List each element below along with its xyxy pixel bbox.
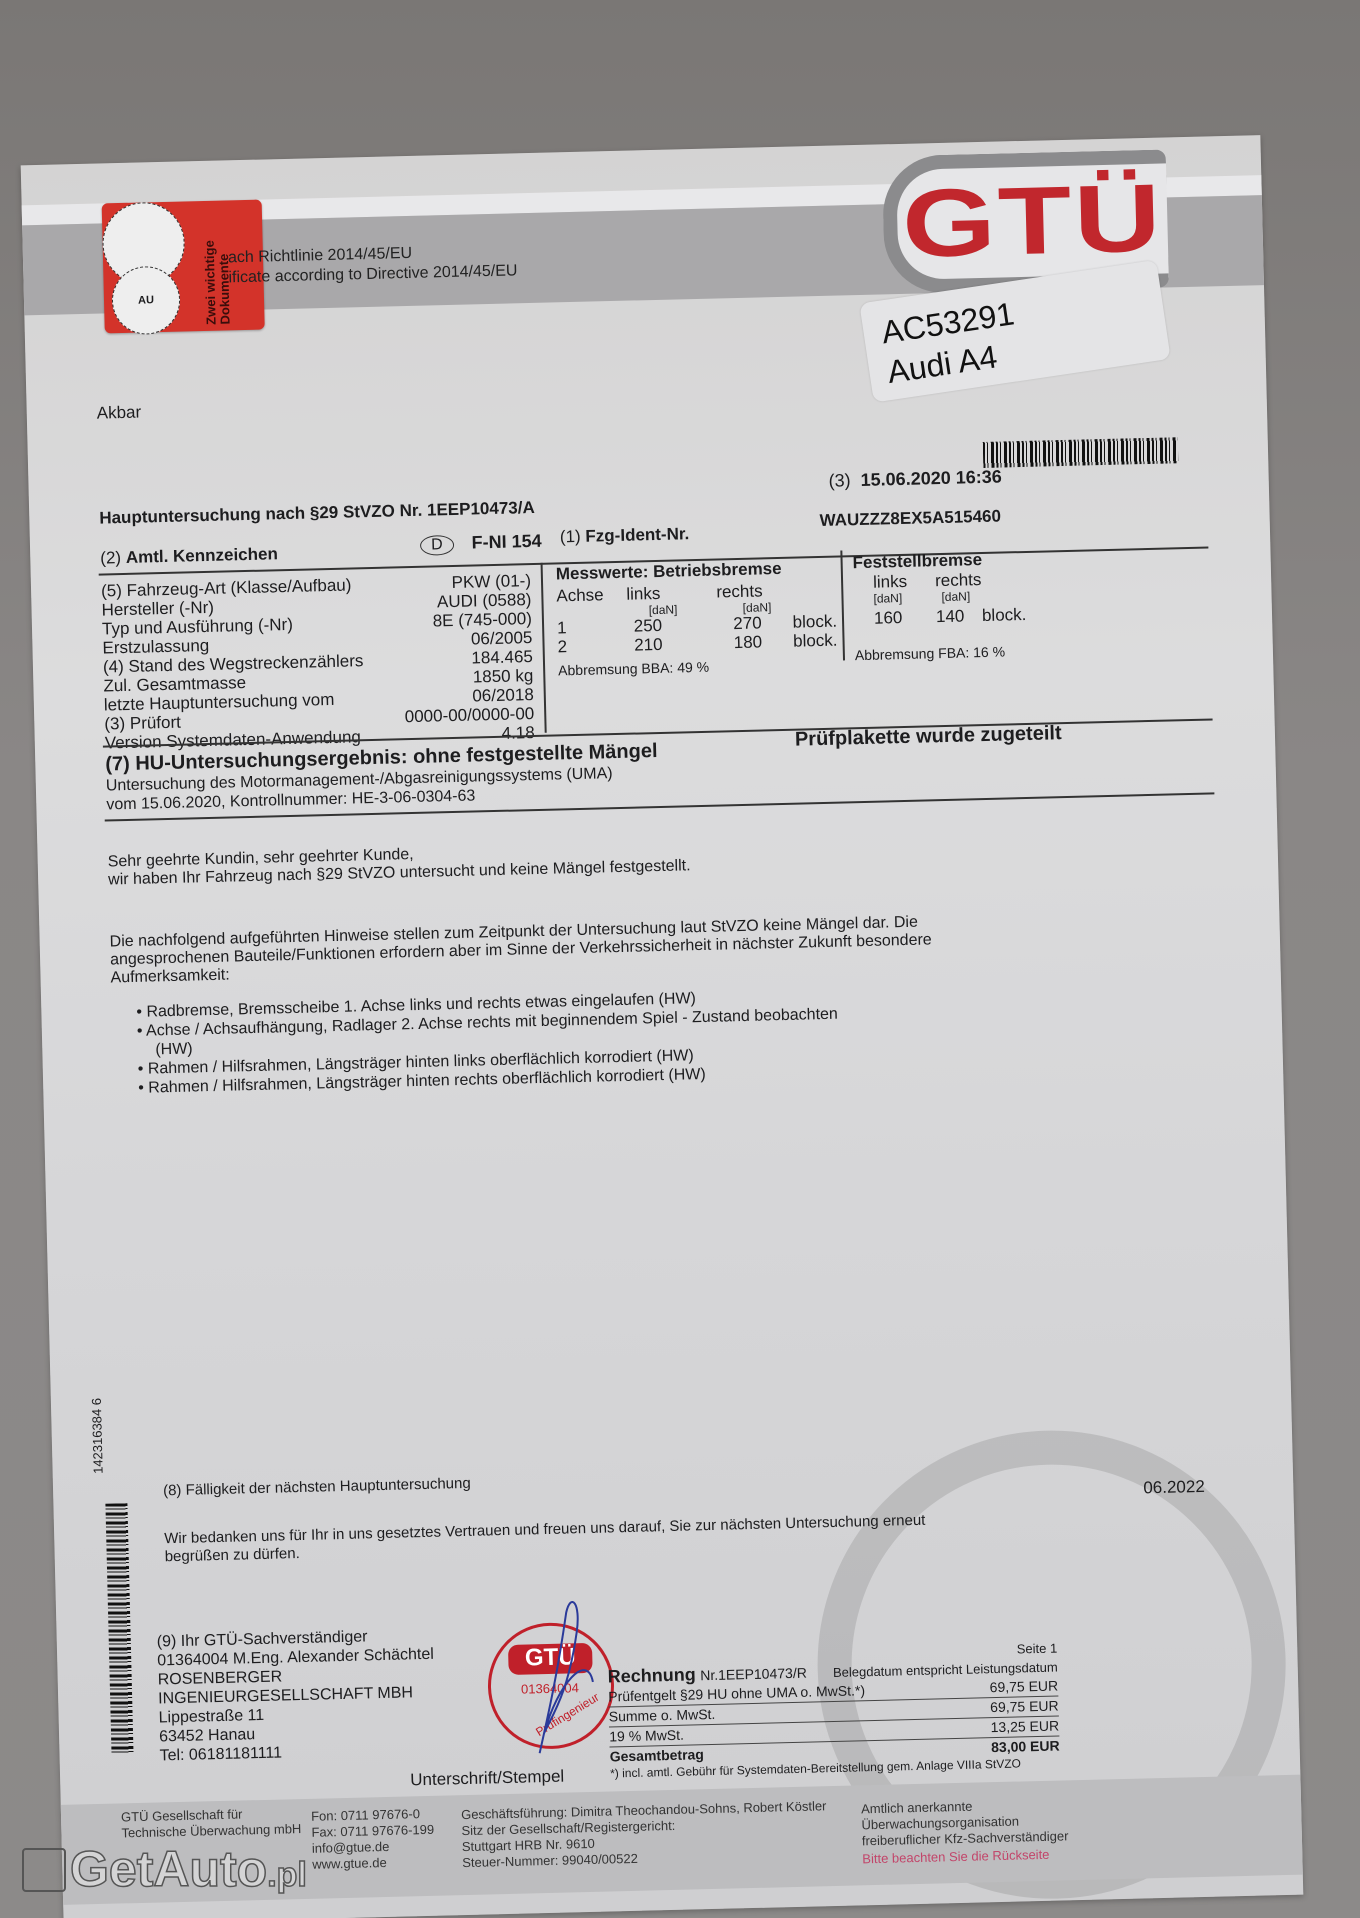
field-value: 06/2005 [471, 628, 533, 648]
next-inspection-label: (8) Fälligkeit der nächsten Hauptuntersu… [163, 1475, 471, 1500]
footer-line: Technische Überwachung mbH [121, 1821, 301, 1841]
directive-text: ach Richtlinie 2014/45/EU ificate accord… [228, 241, 518, 288]
advisory-notes-list: • Radbremse, Bremsscheibe 1. Achse links… [136, 986, 839, 1098]
signature [496, 1592, 610, 1765]
getauto-watermark: GetAuto.pl [70, 1840, 307, 1898]
divider [840, 550, 845, 660]
inspector-block: (9) Ihr GTÜ-Sachverständiger01364004 M.E… [157, 1626, 437, 1766]
field-value: AUDI (0588) [437, 590, 532, 611]
footer-legal: Geschäftsführung: Dimitra Theochandou-So… [461, 1798, 828, 1871]
vin-value: WAUZZZ8EX5A515460 [819, 507, 1001, 531]
footer-line: www.gtue.de [312, 1854, 435, 1873]
field-label: (3) Prüfort [104, 713, 181, 734]
field-value: PKW (01-) [451, 571, 531, 592]
field-value: 8E (745-000) [432, 609, 532, 630]
service-brake-panel: Messwerte: Betriebsbremse Achse links re… [556, 558, 839, 679]
parking-brake-panel: Feststellbremse linksrechts [daN][daN] 1… [852, 545, 1175, 663]
invoice-label: Summe o. MwSt. [609, 1705, 716, 1727]
field-value: 06/2018 [472, 685, 534, 705]
footer-company: GTÜ Gesellschaft fürTechnische Überwachu… [121, 1805, 302, 1841]
footer-org: Amtlich anerkannteÜberwachungsorganisati… [861, 1796, 1069, 1849]
right-force: 270 [733, 613, 793, 633]
document-barcode [983, 437, 1179, 468]
invoice-label: Gesamtbetrag [610, 1745, 705, 1766]
field-value: 1850 kg [473, 666, 534, 686]
footer-contact: Fon: 0711 97676-0Fax: 0711 97676-199info… [311, 1806, 435, 1873]
right-force: 180 [734, 632, 794, 652]
field-label: Erstzulassung [102, 636, 209, 658]
plate-label: (2) Amtl. Kennzeichen [100, 544, 278, 568]
au-plaque-icon: AU [111, 266, 181, 336]
field-value: 184.465 [471, 647, 533, 667]
side-barcode-number: 142316384 6 [89, 1398, 106, 1474]
getauto-logo-icon [22, 1848, 66, 1892]
invoice-amount: 69,75 EUR [990, 1697, 1059, 1718]
brake-note: block. [793, 631, 838, 651]
invoice-amount: 13,25 EUR [990, 1717, 1059, 1738]
footer-line: Fax: 0711 97676-199 [311, 1822, 434, 1841]
country-code-badge: D [420, 535, 454, 556]
left-force: 210 [634, 633, 734, 654]
axle: 1 [557, 617, 634, 638]
vin-label: (1) Fzg-Ident-Nr. [560, 524, 690, 547]
left-force: 250 [633, 614, 733, 635]
invoice-amount: 83,00 EUR [991, 1737, 1060, 1758]
plaque-assigned-badge: Prüfplakette wurde zugeteilt [795, 722, 1062, 752]
inspection-datetime: (3) 15.06.2020 16:36 [828, 467, 1002, 492]
see-reverse-note: Bitte beachten Sie die Rückseite [862, 1847, 1050, 1868]
side-barcode [105, 1503, 133, 1753]
invoice-rows: Prüfentgelt §29 HU ohne UMA o. MwSt.*)69… [608, 1677, 1060, 1767]
inspection-title: Hauptuntersuchung nach §29 StVZO Nr. 1EE… [99, 498, 535, 529]
bba-value: Abbremsung BBA: 49 % [558, 656, 838, 679]
brake-note: block. [792, 612, 837, 632]
invoice-number: Nr.1EEP10473/R [700, 1665, 807, 1684]
fba-value: Abbremsung FBA: 16 % [855, 639, 1175, 663]
field-value: 4.18 [501, 723, 535, 743]
plate-number: DF-NI 154 [420, 531, 542, 556]
inspection-report-paper: GTÜ AU Zwei wichtige Dokumente ach Richt… [21, 135, 1304, 1918]
brake-rows: 1250270block.2210180block. [557, 612, 838, 657]
vehicle-data-table: (5) Fahrzeug-Art (Klasse/Aufbau)PKW (01-… [101, 571, 535, 752]
invoice-label: 19 % MwSt. [609, 1726, 684, 1747]
divider [541, 563, 547, 733]
axle: 2 [557, 636, 634, 657]
invoice: Seite 1 Rechnung Nr.1EEP10473/R Belegdat… [607, 1641, 1060, 1781]
next-inspection-date: 06.2022 [1143, 1477, 1205, 1498]
invoice-amount: 69,75 EUR [989, 1677, 1058, 1698]
recipient-name: Akbar [97, 403, 142, 424]
